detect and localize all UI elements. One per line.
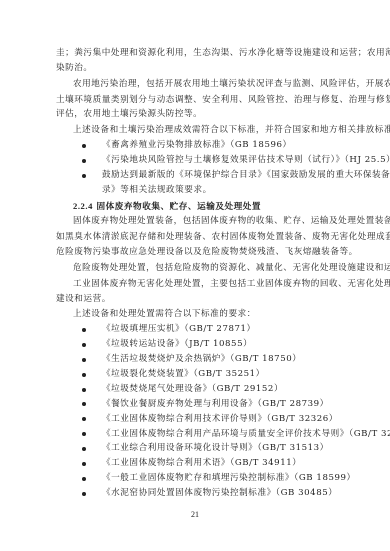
bullet-icon	[82, 477, 86, 481]
bullet-icon	[82, 402, 86, 406]
bullet-icon	[82, 373, 86, 377]
standard-list-item: 《垃圾填埋压实机》（GB/T 27871）	[102, 324, 346, 335]
bullet-icon	[82, 492, 86, 496]
section-heading: 2.2.4 固体废弃物收集、贮存、运输及处理处置	[73, 201, 363, 213]
bullet-icon	[82, 174, 86, 178]
paragraph-line: 危险废物污染事故应急处理设备以及危险废物焚烧残渣、飞灰熔融装备等。	[56, 247, 346, 258]
bullet-icon	[82, 343, 86, 347]
standard-list-item: 《垃圾焚烧尾气处理设备》（GB/T 29152）	[102, 384, 346, 395]
bullet-icon	[82, 144, 86, 148]
bullet-icon	[82, 447, 86, 451]
paragraph-line: 农用地污染治理，包括开展农用地土壤污染状况评查与监测、风险评估，开展农用地	[73, 79, 346, 90]
paragraph-line: 染防治。	[56, 63, 346, 74]
paragraph-line: 建设和运营。	[56, 294, 346, 305]
standard-list-item: 《垃圾裂化焚烧装置》（GB/T 35251）	[102, 369, 346, 380]
section-title: 固体废弃物收集、贮存、运输及处理处置	[96, 202, 261, 212]
paragraph-line: 评估，农用地土壤污染源头防控等。	[56, 109, 346, 120]
paragraph-line: 上述设备和处理处置需符合以下标准的要求：	[73, 309, 346, 320]
standard-list-item: 《垃圾转运站设备》（JB/T 10855）	[102, 339, 346, 350]
paragraph-line: 录》等相关法规政策要求。	[102, 185, 390, 196]
bullet-icon	[82, 432, 86, 436]
document-page: 圭；粪污集中处理和资源化利用，生态沟渠、污水净化塘等设施建设和运营；农用薄膜污染…	[0, 0, 390, 551]
paragraph-line: 土壤环境质量类别划分与动态调整、安全利用、风险管控、治理与修复、治理与修复效果	[56, 95, 346, 106]
standard-list-item: 《餐饮业餐厨废弃物处理与利用设备》（GB/T 28739）	[102, 399, 346, 410]
standard-list-item: 《污染地块风险管控与土壤修复效果评估技术导则（试行）》（HJ 25.5）	[102, 155, 346, 166]
bullet-icon	[82, 328, 86, 332]
standard-list-item: 《畜禽养殖业污染物排放标准》（GB 18596）	[102, 140, 346, 151]
page-number: 21	[0, 510, 390, 519]
bullet-icon	[82, 159, 86, 163]
standard-list-item: 《工业固体废物综合利用技术评价导则》（GB/T 32326）	[102, 414, 346, 425]
bullet-icon	[82, 388, 86, 392]
paragraph-line: 上述设备和土壤污染治理成效需符合以下标准，并符合国家和地方相关排放标准要求：	[73, 125, 346, 136]
bullet-icon	[82, 417, 86, 421]
paragraph-line: 如黑臭水体清淤底泥存储和处理装备、农村固体废物处置装备、废物无害化处理成套设备、	[56, 232, 346, 243]
bullet-icon	[82, 358, 86, 362]
standard-list-item: 《工业固体废物综合利用产品环境与质量安全评价技术导则》（GB/T 32328）	[102, 429, 346, 440]
standard-list-item: 鼓励达到最新版的《环境保护综合目录》《国家鼓励发展的重大环保装备技术目	[102, 170, 346, 181]
standard-list-item: 《工业固体废物综合利用术语》（GB/T 34911）	[102, 458, 346, 469]
standard-list-item: 《一般工业固体废物贮存和填埋污染控制标准》（GB 18599）	[102, 473, 346, 484]
section-number: 2.2.4	[73, 201, 93, 211]
paragraph-line: 固体废弃物处理处置装备，包括固体废弃物的收集、贮存、运输及处理处置装备制造，	[73, 216, 346, 227]
standard-list-item: 《工业综合利用设备环境化设计导则》（GB/T 31513）	[102, 443, 346, 454]
paragraph-line: 工业固体废弃物无害化处理处置，主要包括工业固体废弃物的回收、无害化处理设施	[73, 279, 346, 290]
bullet-icon	[82, 462, 86, 466]
standard-list-item: 《生活垃圾焚烧炉及余热锅炉》（GB/T 18750）	[102, 354, 346, 365]
paragraph-line: 圭；粪污集中处理和资源化利用，生态沟渠、污水净化塘等设施建设和运营；农用薄膜污	[56, 48, 346, 59]
paragraph-line: 危险废物处理处置，包括危险废物的资源化、减量化、无害化处理设施建设和运营。	[73, 263, 346, 274]
standard-list-item: 《水泥窑协同处置固体废物污染控制标准》（GB 30485）	[102, 488, 346, 499]
